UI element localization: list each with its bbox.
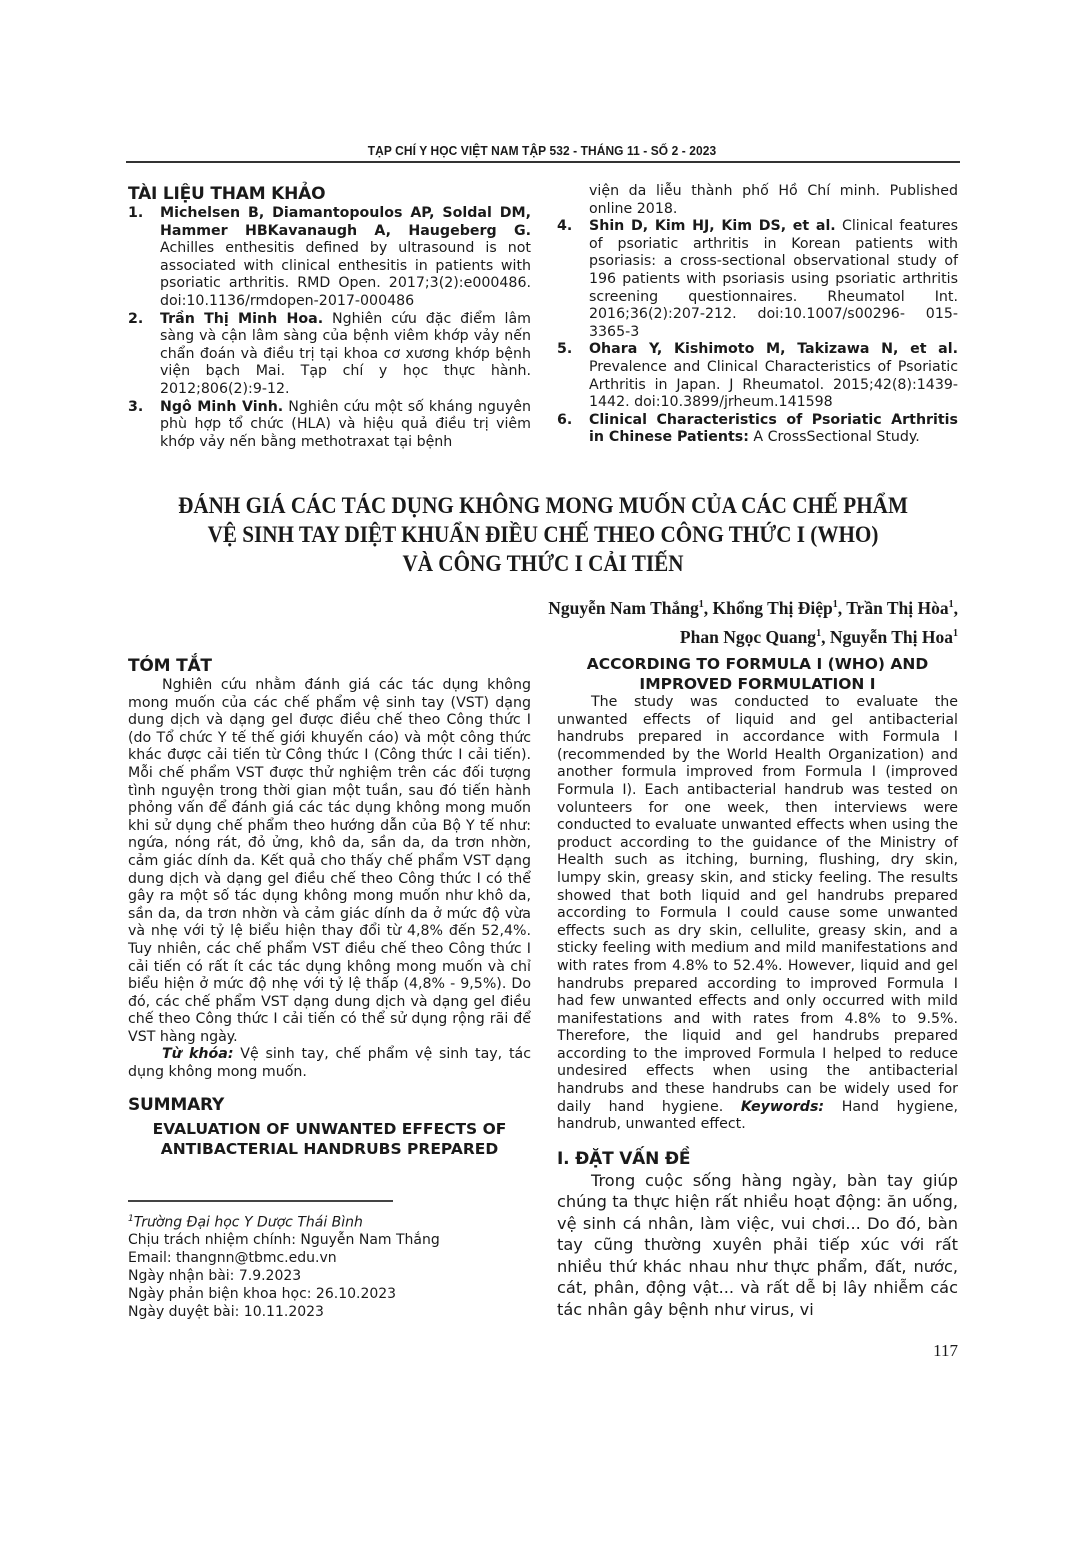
reference-text: viện da liễu thành phố Hồ Chí minh. Publ… (589, 183, 958, 217)
summary-title-part1: EVALUATION OF UNWANTED EFFECTS OF ANTIBA… (128, 1119, 531, 1159)
reference-text: A CrossSectional Study. (749, 429, 920, 445)
reference-item: 2. Trần Thị Minh Hoa. Nghiên cứu đặc điể… (128, 311, 531, 399)
separator: , (954, 598, 958, 618)
footnote-rule (128, 1200, 393, 1202)
review-date: Ngày phản biện khoa học: 26.10.2023 (128, 1286, 440, 1304)
author-name: Nguyễn Nam Thắng (548, 598, 698, 618)
affiliation-text: Trường Đại học Y Dược Thái Bình (134, 1215, 363, 1231)
summary-title-line: EVALUATION OF UNWANTED EFFECTS OF (128, 1119, 531, 1139)
separator: , (838, 598, 846, 618)
author-line: Nguyễn Nam Thắng1, Khổng Thị Điệp1, Trần… (548, 592, 958, 621)
author-name: Phan Ngọc Quang (680, 627, 816, 647)
abstract-vi-keywords: Từ khóa: Vệ sinh tay, chế phẩm vệ sinh t… (128, 1046, 531, 1081)
received-date: Ngày nhận bài: 7.9.2023 (128, 1268, 440, 1286)
separator: , (821, 627, 830, 647)
reference-number: 5. (557, 341, 572, 359)
author-list: Nguyễn Nam Thắng1, Khổng Thị Điệp1, Trần… (548, 592, 958, 650)
article-title: ĐÁNH GIÁ CÁC TÁC DỤNG KHÔNG MONG MUỐN CỦ… (168, 492, 919, 579)
reference-item: 4. Shin D, Kim HJ, Kim DS, et al. Clinic… (557, 218, 958, 341)
accepted-date: Ngày duyệt bài: 10.11.2023 (128, 1304, 440, 1322)
title-line: VỆ SINH TAY DIỆT KHUẨN ĐIỀU CHẾ THEO CÔN… (168, 521, 919, 550)
summary-title-part2: ACCORDING TO FORMULA I (WHO) AND IMPROVE… (557, 654, 958, 694)
keywords-label: Từ khóa: (162, 1046, 234, 1062)
reference-authors: Michelsen B, Diamantopoulos AP, Soldal D… (160, 205, 531, 239)
reference-authors: Ngô Minh Vinh. (160, 399, 283, 415)
reference-item: 3. Ngô Minh Vinh. Nghiên cứu một số khán… (128, 399, 531, 452)
reference-item: 1. Michelsen B, Diamantopoulos AP, Solda… (128, 205, 531, 311)
references-list: 1. Michelsen B, Diamantopoulos AP, Solda… (128, 205, 531, 451)
summary-text: The study was conducted to evaluate the … (557, 694, 958, 1115)
title-line: VÀ CÔNG THỨC I CẢI TIẾN (168, 550, 919, 579)
introduction-heading: I. ĐẶT VẤN ĐỀ (557, 1148, 958, 1170)
footnotes: 1Trường Đại học Y Dược Thái Bình Chịu tr… (128, 1211, 440, 1321)
references-list-continued: viện da liễu thành phố Hồ Chí minh. Publ… (557, 183, 958, 447)
reference-text: Achilles enthesitis defined by ultrasoun… (160, 240, 531, 309)
corresponding-author: Chịu trách nhiệm chính: Nguyễn Nam Thắng (128, 1232, 440, 1250)
reference-authors: Ohara Y, Kishimoto M, Takizawa N, et al. (589, 341, 958, 357)
reference-number: 2. (128, 311, 143, 329)
keywords-label: Keywords: (741, 1099, 824, 1115)
running-header: TẠP CHÍ Y HỌC VIỆT NAM TẬP 532 - THÁNG 1… (159, 143, 924, 158)
title-line: ĐÁNH GIÁ CÁC TÁC DỤNG KHÔNG MONG MUỐN CỦ… (168, 492, 919, 521)
reference-number: 6. (557, 412, 572, 430)
summary-column: ACCORDING TO FORMULA I (WHO) AND IMPROVE… (557, 654, 958, 1320)
reference-text: Prevalence and Clinical Characteristics … (589, 359, 958, 410)
references-right-column: viện da liễu thành phố Hồ Chí minh. Publ… (557, 183, 958, 447)
author-name: Khổng Thị Điệp (712, 598, 832, 618)
reference-number: 1. (128, 205, 143, 223)
reference-authors: Shin D, Kim HJ, Kim DS, et al. (589, 218, 836, 234)
header-rule (126, 161, 960, 163)
journal-page: TẠP CHÍ Y HỌC VIỆT NAM TẬP 532 - THÁNG 1… (0, 0, 1090, 1541)
introduction-body: Trong cuộc sống hàng ngày, bàn tay giúp … (557, 1170, 958, 1321)
abstract-vi-heading: TÓM TẮT (128, 655, 531, 677)
reference-authors: Trần Thị Minh Hoa. (160, 311, 323, 327)
affiliation-footnote: 1Trường Đại học Y Dược Thái Bình (128, 1211, 440, 1232)
author-line: Phan Ngọc Quang1, Nguyễn Thị Hoa1 (548, 621, 958, 650)
reference-number: 4. (557, 218, 572, 236)
summary-title-line: ACCORDING TO FORMULA I (WHO) AND (557, 654, 958, 674)
reference-text: Clinical features of psoriatic arthritis… (589, 218, 958, 340)
reference-number: 3. (128, 399, 143, 417)
page-number: 117 (933, 1341, 958, 1361)
reference-item: 6. Clinical Characteristics of Psoriatic… (557, 412, 958, 447)
summary-title-line: ANTIBACTERIAL HANDRUBS PREPARED (128, 1139, 531, 1159)
affiliation-mark: 1 (953, 628, 958, 639)
abstract-vi-column: TÓM TẮT Nghiên cứu nhằm đánh giá các tác… (128, 655, 531, 1159)
email: Email: thangnn@tbmc.edu.vn (128, 1250, 440, 1268)
author-name: Trần Thị Hòa (846, 598, 948, 618)
reference-item: 5. Ohara Y, Kishimoto M, Takizawa N, et … (557, 341, 958, 411)
summary-title-line: IMPROVED FORMULATION I (557, 674, 958, 694)
author-name: Nguyễn Thị Hoa (830, 627, 953, 647)
summary-heading: SUMMARY (128, 1094, 531, 1116)
references-heading: TÀI LIỆU THAM KHẢO (128, 183, 531, 205)
summary-body: The study was conducted to evaluate the … (557, 694, 958, 1134)
references-left-column: TÀI LIỆU THAM KHẢO 1. Michelsen B, Diama… (128, 183, 531, 451)
abstract-vi-body: Nghiên cứu nhằm đánh giá các tác dụng kh… (128, 677, 531, 1046)
reference-item-continued: viện da liễu thành phố Hồ Chí minh. Publ… (557, 183, 958, 218)
